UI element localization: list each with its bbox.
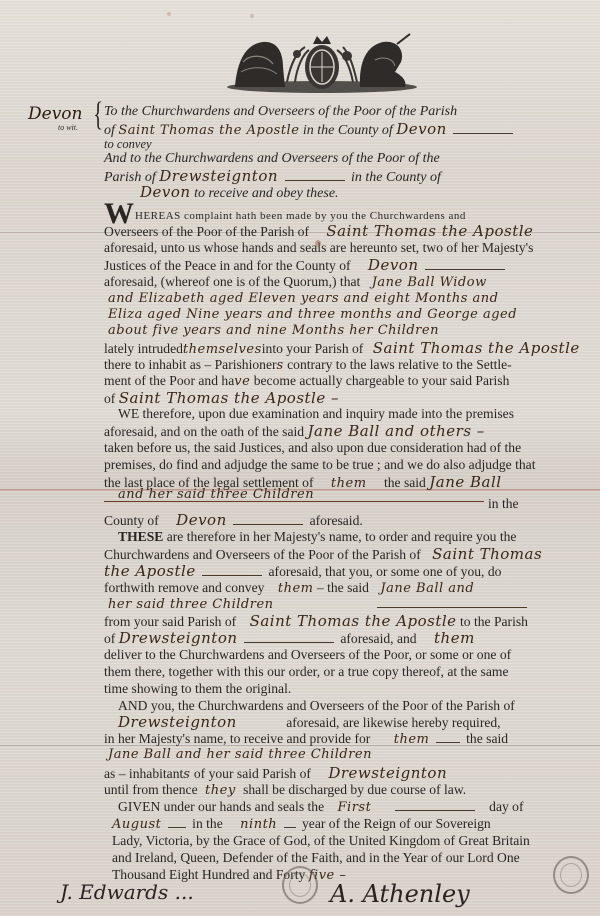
- print-text: them there, together with this our order…: [104, 664, 508, 679]
- handwritten-county: Devon: [368, 256, 419, 274]
- whereas-line-6: and Elizabeth aged Eleven years and eigh…: [108, 291, 498, 307]
- print-text: taken before us, the said Justices, and …: [104, 440, 521, 455]
- signature-left: J. Edwards ...: [60, 880, 194, 904]
- handwritten-word: themselves: [183, 342, 262, 357]
- print-text: Overseers of the Poor of the Parish of: [104, 224, 309, 239]
- blank-rule: [377, 606, 527, 608]
- signature-right: A. Athenley: [330, 880, 470, 908]
- address-text: in the County of: [351, 170, 441, 185]
- wax-seal-right-icon: [553, 856, 589, 894]
- handwritten-name: Jane Ball and others –: [307, 422, 484, 440]
- print-text: aforesaid, (whereof one is of the Quorum…: [104, 274, 360, 289]
- print-text-bold: THESE: [118, 529, 163, 544]
- handwritten-parish: Saint Thomas the Apostle: [250, 612, 457, 630]
- blank-rule: [244, 641, 334, 643]
- handwritten-word: them: [434, 629, 475, 647]
- given-line-1: GIVEN under our hands and seals the Firs…: [118, 799, 524, 816]
- blank-rule: [202, 574, 262, 576]
- whereas-line-12: of Saint Thomas the Apostle –: [104, 390, 339, 407]
- print-text: aforesaid.: [310, 513, 363, 528]
- and-you-line-4: Jane Ball and her said three Children: [108, 747, 372, 763]
- handwritten-word: s: [277, 358, 284, 373]
- print-text: shall be discharged by due course of law…: [243, 782, 466, 797]
- whereas-line-2: Overseers of the Poor of the Parish of S…: [104, 223, 533, 240]
- print-text: aforesaid, are likewise hereby required,: [286, 715, 500, 730]
- these-line-8: deliver to the Churchwardens and Oversee…: [104, 647, 511, 663]
- address-line-2: of Saint Thomas the Apostle in the Count…: [104, 121, 516, 139]
- print-text: from your said Parish of: [104, 614, 236, 629]
- address-line-1: To the Churchwardens and Overseers of th…: [104, 104, 457, 120]
- print-text: premises, do find and adjudge the same t…: [104, 457, 535, 472]
- handwritten-year-ordinal: ninth: [240, 817, 277, 832]
- address-line-4: And to the Churchwardens and Overseers o…: [104, 151, 440, 167]
- print-text: contrary to the laws relative to the Set…: [287, 357, 512, 372]
- struck-blank-line: [104, 500, 484, 502]
- handwritten-parish: Drewsteignton: [119, 629, 238, 647]
- and-you-line-1: AND you, the Churchwardens and Overseers…: [118, 698, 515, 714]
- whereas-line-7: Eliza aged Nine years and three months a…: [108, 307, 517, 323]
- blank-rule: [285, 179, 345, 181]
- ink-stain: [315, 240, 321, 247]
- we-therefore-line-2: aforesaid, and on the oath of the said J…: [104, 423, 485, 440]
- ink-stain: [250, 14, 254, 18]
- we-therefore-line-1: WE therefore, upon due examination and i…: [118, 406, 514, 422]
- these-line-6: from your said Parish of Saint Thomas th…: [104, 613, 528, 630]
- blank-rule: [233, 523, 303, 525]
- print-text: and Ireland, Queen, Defender of the Fait…: [112, 850, 520, 865]
- print-text: deliver to the Churchwardens and Oversee…: [104, 647, 511, 662]
- document-paper: Devon to wit. { To the Churchwardens and…: [0, 0, 600, 916]
- handwritten-parish: Saint Thomas the Apostle: [326, 222, 533, 240]
- print-text: are therefore in her Majesty's name, to …: [167, 529, 517, 544]
- blank-rule: [395, 809, 475, 811]
- address-text: in the County of: [303, 123, 393, 138]
- print-text: of: [104, 631, 115, 646]
- handwritten-word: s: [183, 767, 190, 782]
- print-text: year of the Reign of our Sovereign: [302, 816, 491, 831]
- print-text: Churchwardens and Overseers of the Poor …: [104, 547, 421, 562]
- handwritten-name: her said three Children: [108, 597, 274, 612]
- blank-rule: [284, 826, 296, 828]
- print-text: aforesaid, and on the oath of the said: [104, 424, 304, 439]
- handwritten-county: Devon: [176, 511, 227, 529]
- address-line-3: to convey: [104, 136, 152, 152]
- print-text: in her Majesty's name, to receive and pr…: [104, 731, 370, 746]
- whereas-line-4: Justices of the Peace in and for the Cou…: [104, 257, 508, 274]
- these-line-7: of Drewsteignton aforesaid, and them: [104, 630, 475, 647]
- we-therefore-line-8: County of Devon aforesaid.: [104, 512, 363, 529]
- and-you-line-2: Drewsteignton aforesaid, are likewise he…: [118, 714, 501, 731]
- to-wit-label: to wit.: [58, 123, 78, 132]
- and-you-line-5: as – inhabitants of your said Parish of …: [104, 765, 447, 783]
- print-text: time showing to them the original.: [104, 681, 291, 696]
- handwritten-word: them: [278, 581, 314, 596]
- print-text: into your Parish of: [262, 341, 364, 356]
- print-text: there to inhabit as – Parishioner: [104, 357, 277, 372]
- handwritten-word: them: [394, 732, 430, 747]
- handwritten-parish: Saint Thomas the Apostle –: [119, 389, 339, 407]
- print-text: as – inhabitant: [104, 766, 183, 781]
- whereas-line-8: about five years and nine Months her Chi…: [108, 323, 439, 339]
- and-you-line-3: in her Majesty's name, to receive and pr…: [104, 731, 508, 748]
- address-text: to receive and obey these.: [194, 186, 338, 201]
- address-text: To the Churchwardens and Overseers of th…: [104, 104, 457, 119]
- print-text: become actually chargeable to your said …: [254, 373, 510, 388]
- print-text: until from thence: [104, 782, 198, 797]
- we-therefore-line-7: in the: [488, 496, 519, 512]
- print-text: – the said: [317, 580, 369, 595]
- whereas-line-9: lately intrudedthemselvesinto your Paris…: [104, 340, 580, 358]
- print-text: AND you, the Churchwardens and Overseers…: [118, 698, 515, 713]
- handwritten-parish: Saint Thomas: [432, 545, 542, 563]
- print-text: County of: [104, 513, 159, 528]
- print-text: day of: [489, 799, 523, 814]
- print-text: the said: [384, 475, 426, 490]
- print-text: HEREAS complaint hath been made by you t…: [135, 210, 466, 222]
- these-line-2: Churchwardens and Overseers of the Poor …: [104, 546, 542, 563]
- handwritten-name: Jane Ball Widow: [372, 275, 487, 290]
- county-tag-handwritten: Devon: [28, 104, 82, 124]
- handwritten-parish: the Apostle: [104, 562, 196, 580]
- these-line-5: her said three Children: [108, 596, 530, 613]
- handwritten-month: August: [112, 817, 161, 832]
- handwritten-word: them: [331, 476, 367, 491]
- address-text: to convey: [104, 137, 152, 151]
- handwritten-word: they: [205, 783, 236, 798]
- handwritten-name: Jane Ball: [429, 473, 501, 491]
- handwritten-name: Jane Ball and: [380, 581, 474, 596]
- print-text: in the: [488, 496, 519, 511]
- print-text: ment of the Poor and ha: [104, 373, 234, 388]
- handwritten-parish: Drewsteignton: [118, 713, 237, 731]
- whereas-line-10: there to inhabit as – Parishioners contr…: [104, 357, 512, 374]
- wax-seal-left-icon: [282, 866, 318, 904]
- print-text: aforesaid, that you, or some one of you,…: [269, 564, 502, 579]
- these-line-1: THESE are therefore in her Majesty's nam…: [118, 529, 516, 545]
- these-line-10: time showing to them the original.: [104, 681, 291, 697]
- print-text: of your said Parish of: [194, 766, 311, 781]
- handwritten-county: Devon: [140, 183, 191, 201]
- and-you-line-6: until from thence they shall be discharg…: [104, 782, 466, 799]
- whereas-line-11: ment of the Poor and have become actuall…: [104, 373, 509, 390]
- these-line-3: the Apostle aforesaid, that you, or some…: [104, 563, 501, 580]
- given-line-4: and Ireland, Queen, Defender of the Fait…: [112, 850, 520, 866]
- print-text: Lady, Victoria, by the Grace of God, of …: [112, 833, 530, 848]
- print-text: the said: [466, 731, 508, 746]
- blank-rule: [453, 132, 513, 134]
- handwritten-parish: Saint Thomas the Apostle: [373, 339, 580, 357]
- we-therefore-line-4: premises, do find and adjudge the same t…: [104, 457, 535, 473]
- print-text: to the Parish: [460, 614, 528, 629]
- print-text: GIVEN under our hands and seals the: [118, 799, 324, 814]
- handwritten-county: Devon: [396, 120, 447, 138]
- blank-rule: [168, 826, 186, 828]
- these-line-9: them there, together with this our order…: [104, 664, 508, 680]
- print-text: of: [104, 391, 115, 406]
- brace-glyph: {: [93, 98, 103, 132]
- print-text: in the: [192, 816, 223, 831]
- whereas-line-5: aforesaid, (whereof one is of the Quorum…: [104, 274, 487, 291]
- print-text: aforesaid, and: [340, 631, 416, 646]
- we-therefore-line-3: taken before us, the said Justices, and …: [104, 440, 521, 456]
- print-text: forthwith remove and convey: [104, 580, 264, 595]
- blank-rule: [425, 268, 505, 270]
- given-line-2: August in the ninth year of the Reign of…: [112, 816, 491, 833]
- these-line-4: forthwith remove and convey them – the s…: [104, 580, 474, 597]
- handwritten-parish: Drewsteignton: [328, 764, 447, 782]
- ink-stain: [167, 12, 171, 16]
- print-text: lately intruded: [104, 341, 183, 356]
- handwritten-day: First: [338, 800, 372, 815]
- address-line-6: Devon to receive and obey these.: [140, 184, 339, 202]
- handwritten-word: ve: [234, 374, 250, 389]
- royal-coat-of-arms-icon: [225, 32, 420, 94]
- given-line-3: Lady, Victoria, by the Grace of God, of …: [112, 833, 530, 849]
- blank-rule: [436, 741, 460, 743]
- address-text: And to the Churchwardens and Overseers o…: [104, 151, 440, 166]
- print-text: WE therefore, upon due examination and i…: [118, 406, 514, 421]
- print-text: Justices of the Peace in and for the Cou…: [104, 258, 351, 273]
